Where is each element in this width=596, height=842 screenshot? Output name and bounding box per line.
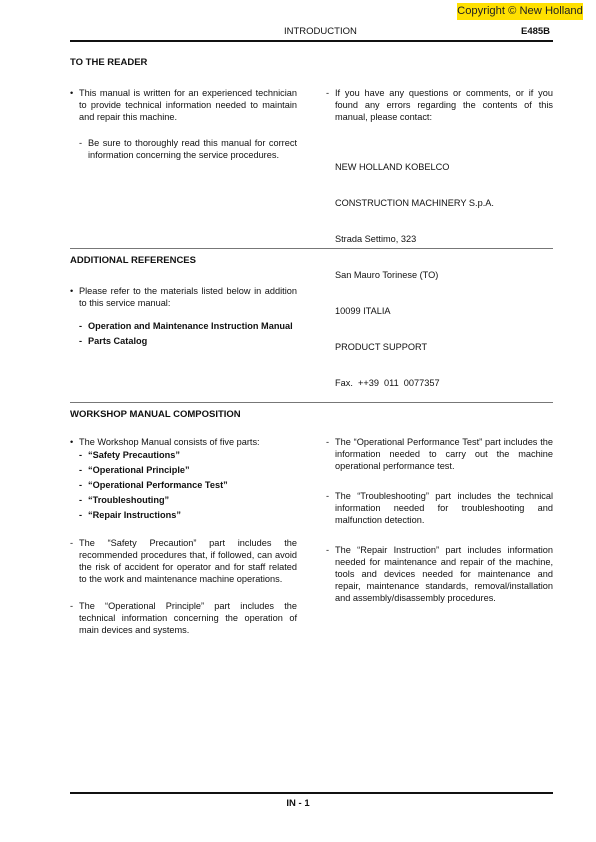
part-item: -“Safety Precautions” — [70, 448, 297, 463]
dash-marker: - — [79, 463, 82, 478]
fax-number: Fax. ++39 011 0077357 — [335, 377, 553, 389]
dash-marker: - — [79, 448, 82, 463]
address-line: CONSTRUCTION MACHINERY S.p.A. — [335, 197, 553, 209]
part-description: - The “Operational Performance Test” par… — [326, 436, 553, 472]
dash-marker: - — [79, 320, 82, 332]
dash-marker: - — [70, 600, 73, 612]
page-number: IN - 1 — [0, 798, 596, 809]
reader-sub-text: Be sure to thoroughly read this manual f… — [88, 137, 297, 161]
part-name: “Safety Precautions” — [88, 450, 180, 460]
part-description-text: The “Operational Performance Test” part … — [335, 436, 553, 472]
part-description-text: The “Troubleshooting” part includes the … — [335, 490, 553, 526]
composition-bullet: • The Workshop Manual consists of five p… — [70, 436, 297, 448]
dash-marker: - — [79, 478, 82, 493]
footer-divider — [70, 792, 553, 794]
part-name: “Operational Performance Test” — [88, 480, 228, 490]
part-item: -“Repair Instructions” — [70, 508, 297, 523]
reader-bullet: • This manual is written for an experien… — [70, 87, 297, 123]
references-bullet: • Please refer to the materials listed b… — [70, 285, 297, 309]
part-description: - The “Repair Instruction” part includes… — [326, 544, 553, 604]
header-divider — [70, 40, 553, 42]
part-description-text: The “Repair Instruction” part includes i… — [335, 544, 553, 604]
composition-left-column: • The Workshop Manual consists of five p… — [70, 436, 297, 636]
header-section-title: INTRODUCTION — [284, 26, 357, 37]
composition-bullet-text: The Workshop Manual consists of five par… — [79, 436, 297, 448]
reference-item: - Parts Catalog — [70, 335, 297, 347]
part-description-text: The “Safety Precaution” part includes th… — [79, 537, 297, 585]
part-name: “Troubleshouting” — [88, 495, 169, 505]
section-title-workshop-manual-composition: WORKSHOP MANUAL COMPOSITION — [70, 409, 241, 420]
reference-item-text: Operation and Maintenance Instruction Ma… — [88, 320, 297, 332]
dash-marker: - — [326, 87, 329, 99]
dash-marker: - — [79, 493, 82, 508]
dash-marker: - — [79, 137, 82, 149]
references-bullet-text: Please refer to the materials listed bel… — [79, 285, 297, 309]
part-name: “Repair Instructions” — [88, 510, 181, 520]
address-line: NEW HOLLAND KOBELCO — [335, 161, 553, 173]
contact-intro: - If you have any questions or comments,… — [326, 87, 553, 123]
address-line: PRODUCT SUPPORT — [335, 341, 553, 353]
dash-marker: - — [79, 335, 82, 347]
composition-right-column: - The “Operational Performance Test” par… — [326, 436, 553, 604]
address-line: San Mauro Torinese (TO) — [335, 269, 553, 281]
section-title-to-the-reader: TO THE READER — [70, 57, 147, 68]
reader-left-column: • This manual is written for an experien… — [70, 87, 297, 161]
part-item: -“Troubleshouting” — [70, 493, 297, 508]
reference-item-text: Parts Catalog — [88, 335, 297, 347]
reference-item: - Operation and Maintenance Instruction … — [70, 320, 297, 332]
copyright-banner: Copyright © New Holland — [457, 3, 583, 20]
section-divider — [70, 248, 553, 249]
part-description: - The “Troubleshooting” part includes th… — [326, 490, 553, 526]
dash-marker: - — [326, 490, 329, 502]
contact-address: NEW HOLLAND KOBELCO CONSTRUCTION MACHINE… — [326, 137, 553, 413]
parts-list: -“Safety Precautions” -“Operational Prin… — [70, 448, 297, 523]
header-model: E485B — [521, 26, 550, 37]
references-column: • Please refer to the materials listed b… — [70, 285, 297, 347]
section-title-additional-references: ADDITIONAL REFERENCES — [70, 255, 196, 266]
part-description: - The “Operational Principle” part inclu… — [70, 600, 297, 636]
address-line: Strada Settimo, 323 — [335, 233, 553, 245]
contact-intro-text: If you have any questions or comments, o… — [335, 87, 553, 123]
section-divider — [70, 402, 553, 403]
address-line: 10099 ITALIA — [335, 305, 553, 317]
bullet-marker: • — [70, 87, 73, 99]
reader-right-column: - If you have any questions or comments,… — [326, 87, 553, 413]
part-name: “Operational Principle” — [88, 465, 190, 475]
part-description-text: The “Operational Principle” part include… — [79, 600, 297, 636]
bullet-marker: • — [70, 436, 73, 448]
reader-sub-item: - Be sure to thoroughly read this manual… — [70, 137, 297, 161]
part-item: -“Operational Principle” — [70, 463, 297, 478]
dash-marker: - — [70, 537, 73, 549]
dash-marker: - — [79, 508, 82, 523]
bullet-marker: • — [70, 285, 73, 297]
part-description: - The “Safety Precaution” part includes … — [70, 537, 297, 585]
reader-bullet-text: This manual is written for an experience… — [79, 87, 297, 123]
dash-marker: - — [326, 544, 329, 556]
part-item: -“Operational Performance Test” — [70, 478, 297, 493]
dash-marker: - — [326, 436, 329, 448]
